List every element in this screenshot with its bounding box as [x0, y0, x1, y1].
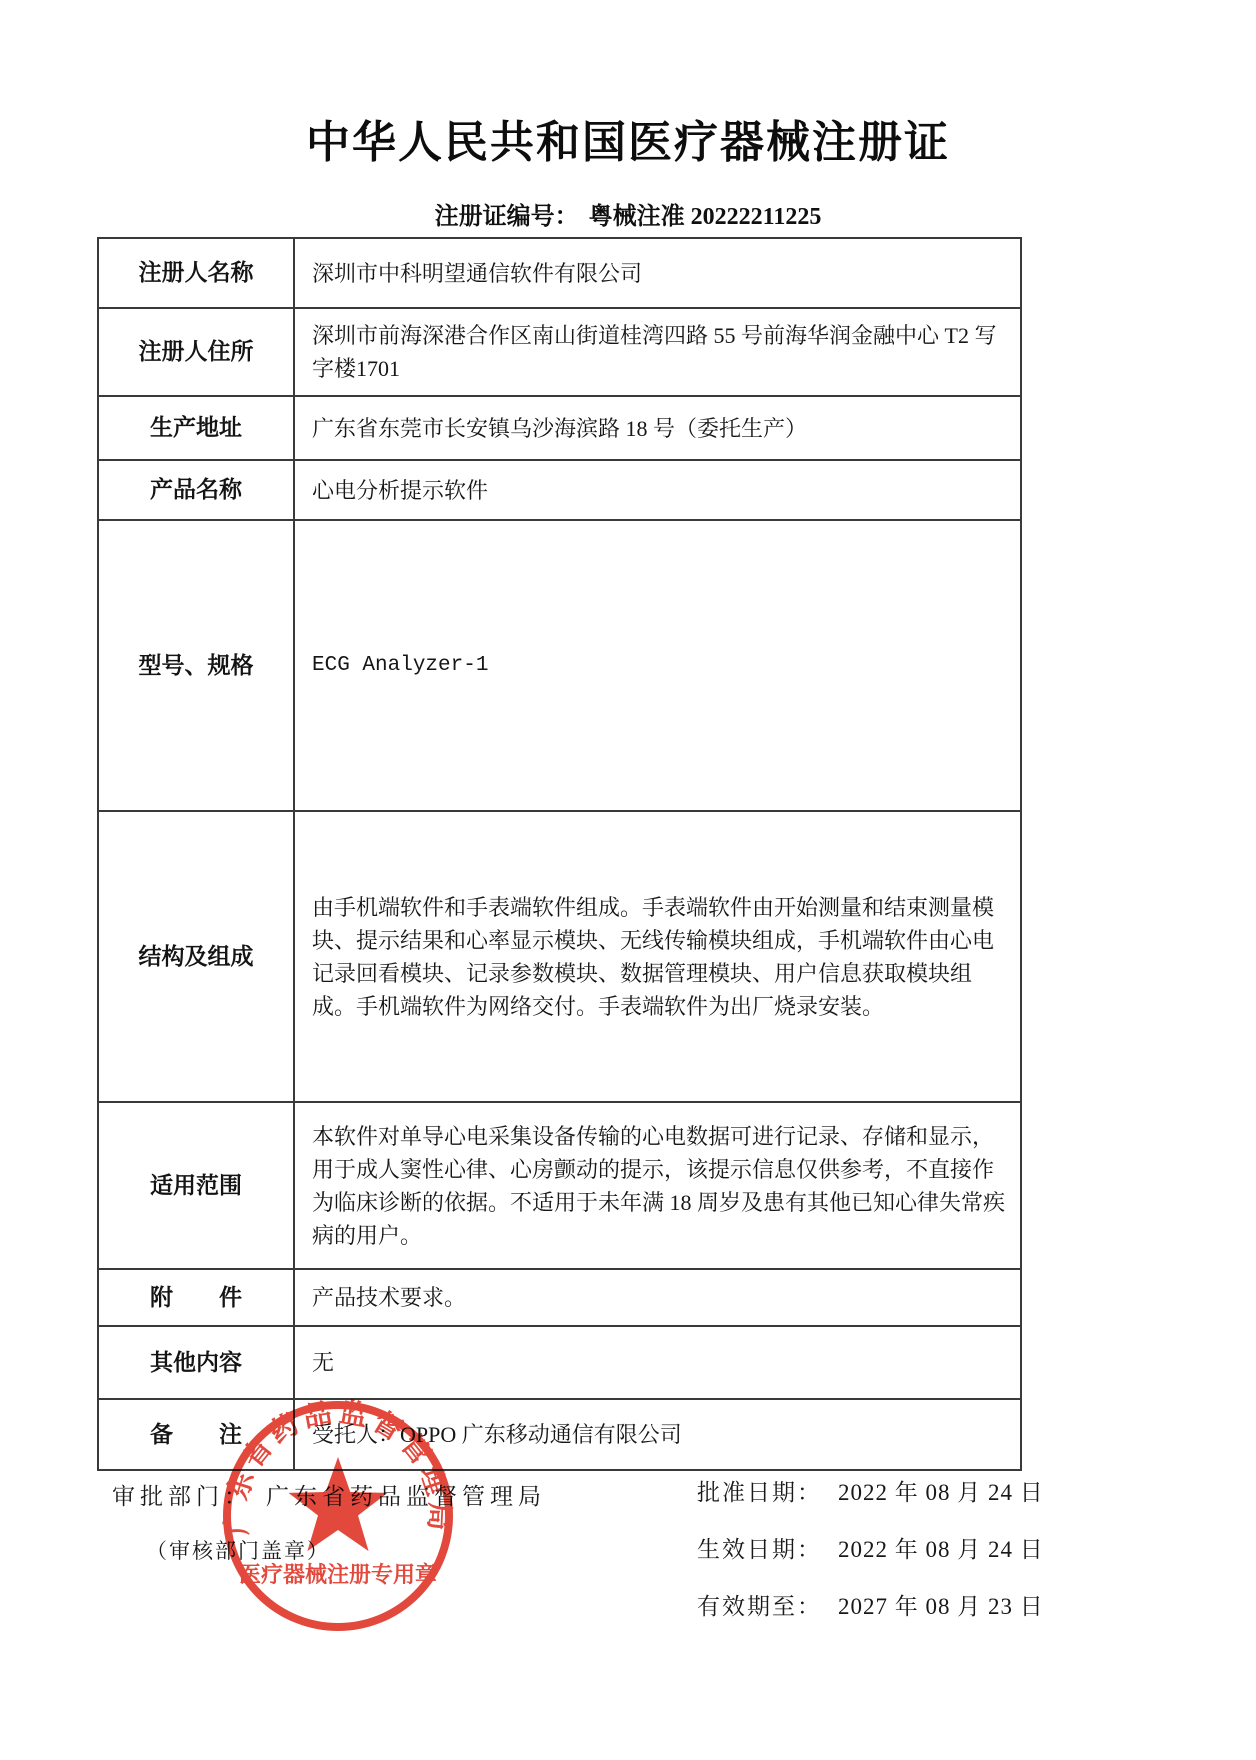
row-label: 生产地址 [99, 397, 295, 459]
row-label: 备 注 [99, 1400, 295, 1469]
expiry-date-label: 有效期至： [697, 1591, 822, 1622]
certificate-table: 注册人名称 深圳市中科明望通信软件有限公司 注册人住所 深圳市前海深港合作区南山… [97, 237, 1022, 1471]
expiry-date-line: 有效期至： 2027 年 08 月 23 日 [697, 1591, 1044, 1622]
row-value: 广东省东莞市长安镇乌沙海滨路 18 号（委托生产） [295, 397, 1020, 459]
row-other-content: 其他内容 无 [99, 1325, 1020, 1398]
certificate-page: 中华人民共和国医疗器械注册证 注册证编号：粤械注准 20222211225 注册… [0, 0, 1256, 1760]
row-value: 心电分析提示软件 [295, 461, 1020, 519]
cert-number-line: 注册证编号：粤械注准 20222211225 [0, 196, 1256, 231]
approval-department-label: 审批部门： [112, 1484, 252, 1509]
approval-department-value: 广东省药品监督管理局 [266, 1484, 546, 1509]
row-value: 本软件对单导心电采集设备传输的心电数据可进行记录、存储和显示，用于成人窦性心律、… [295, 1103, 1020, 1268]
row-value: 产品技术要求。 [295, 1270, 1020, 1325]
approval-date-label: 批准日期： [697, 1477, 822, 1508]
row-attachment: 附 件 产品技术要求。 [99, 1268, 1020, 1325]
row-label: 适用范围 [99, 1103, 295, 1268]
expiry-date-value: 2027 年 08 月 23 日 [838, 1591, 1044, 1622]
row-label: 结构及组成 [99, 812, 295, 1101]
row-registrant-name: 注册人名称 深圳市中科明望通信软件有限公司 [99, 239, 1020, 307]
row-label: 注册人名称 [99, 239, 295, 307]
approval-department-block: 审批部门：广东省药品监督管理局 （审核部门盖章） [112, 1478, 546, 1565]
row-label: 注册人住所 [99, 309, 295, 395]
row-value: 深圳市前海深港合作区南山街道桂湾四路 55 号前海华润金融中心 T2 写字楼17… [295, 309, 1020, 395]
row-value: ECG Analyzer-1 [295, 521, 1020, 810]
row-value: 由手机端软件和手表端软件组成。手表端软件由开始测量和结束测量模块、提示结果和心率… [295, 812, 1020, 1101]
cert-number-label: 注册证编号： [435, 204, 579, 230]
row-production-address: 生产地址 广东省东莞市长安镇乌沙海滨路 18 号（委托生产） [99, 395, 1020, 459]
row-label: 型号、规格 [99, 521, 295, 810]
approval-department-line: 审批部门：广东省药品监督管理局 [112, 1478, 546, 1511]
row-value: 受托人：OPPO 广东移动通信有限公司 [295, 1400, 1020, 1469]
effective-date-value: 2022 年 08 月 24 日 [838, 1534, 1044, 1565]
row-structure-composition: 结构及组成 由手机端软件和手表端软件组成。手表端软件由开始测量和结束测量模块、提… [99, 810, 1020, 1101]
row-registrant-address: 注册人住所 深圳市前海深港合作区南山街道桂湾四路 55 号前海华润金融中心 T2… [99, 307, 1020, 395]
effective-date-label: 生效日期： [697, 1534, 822, 1565]
row-label: 附 件 [99, 1270, 295, 1325]
approval-date-line: 批准日期： 2022 年 08 月 24 日 [697, 1477, 1044, 1508]
row-model-spec: 型号、规格 ECG Analyzer-1 [99, 519, 1020, 810]
row-value: 无 [295, 1327, 1020, 1398]
row-scope-of-application: 适用范围 本软件对单导心电采集设备传输的心电数据可进行记录、存储和显示，用于成人… [99, 1101, 1020, 1268]
approval-date-value: 2022 年 08 月 24 日 [838, 1477, 1044, 1508]
row-remarks: 备 注 受托人：OPPO 广东移动通信有限公司 [99, 1398, 1020, 1469]
row-label: 产品名称 [99, 461, 295, 519]
effective-date-line: 生效日期： 2022 年 08 月 24 日 [697, 1534, 1044, 1565]
dates-block: 批准日期： 2022 年 08 月 24 日 生效日期： 2022 年 08 月… [697, 1477, 1044, 1648]
row-value: 深圳市中科明望通信软件有限公司 [295, 239, 1020, 307]
row-label: 其他内容 [99, 1327, 295, 1398]
stamp-bottom-text: 医疗器械注册专用章 [239, 1562, 437, 1587]
seal-note: （审核部门盖章） [146, 1535, 546, 1565]
document-title: 中华人民共和国医疗器械注册证 [0, 106, 1256, 170]
cert-number-value: 粤械注准 20222211225 [589, 204, 822, 230]
row-product-name: 产品名称 心电分析提示软件 [99, 459, 1020, 519]
